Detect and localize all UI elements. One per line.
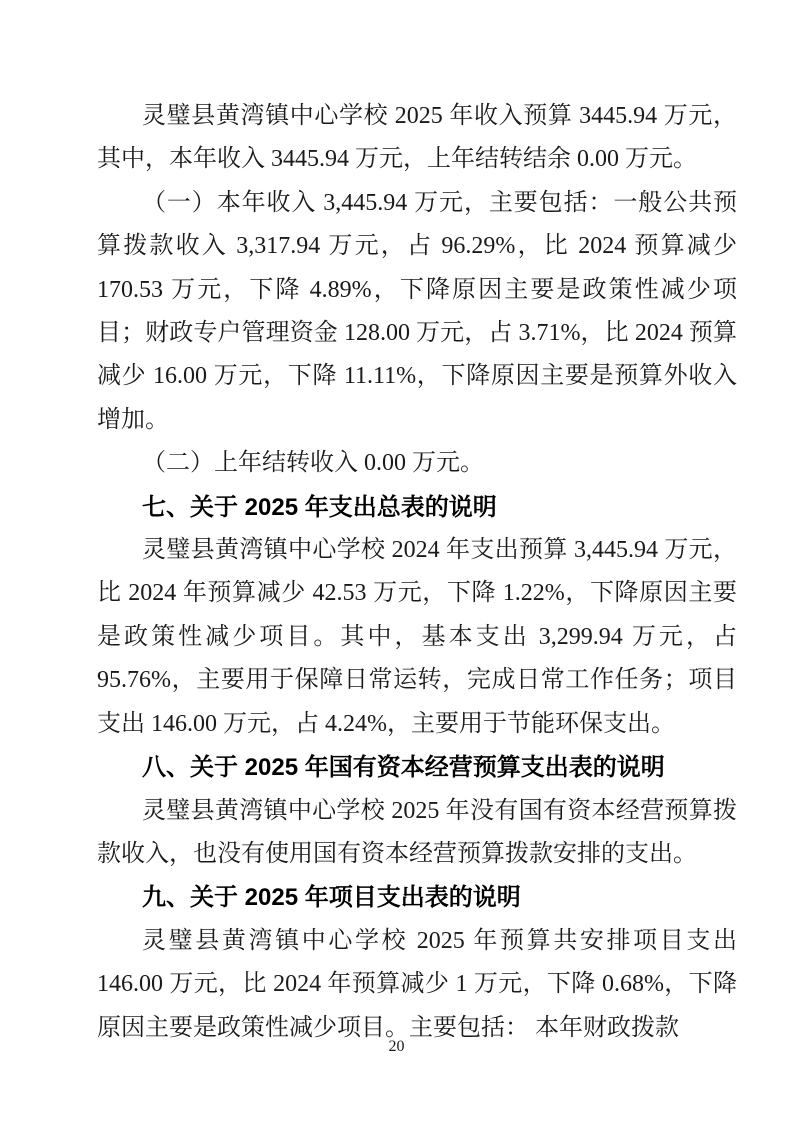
document-body: 灵璧县黄湾镇中心学校 2025 年收入预算 3445.94 万元，其中，本年收入… (97, 95, 737, 1050)
section-heading-expenditure-summary: 七、关于 2025 年支出总表的说明 (97, 486, 737, 529)
document-page: 灵璧县黄湾镇中心学校 2025 年收入预算 3445.94 万元，其中，本年收入… (0, 0, 793, 1122)
paragraph-current-year-income-detail: （一）本年收入 3,445.94 万元，主要包括：一般公共预算拨款收入 3,31… (97, 182, 737, 442)
section-heading-state-capital-budget: 八、关于 2025 年国有资本经营预算支出表的说明 (97, 746, 737, 789)
paragraph-project-expenditure-detail: 灵璧县黄湾镇中心学校 2025 年预算共安排项目支出 146.00 万元，比 2… (97, 920, 737, 1050)
paragraph-carryover-income: （二）上年结转收入 0.00 万元。 (97, 442, 737, 485)
paragraph-income-overview: 灵璧县黄湾镇中心学校 2025 年收入预算 3445.94 万元，其中，本年收入… (97, 95, 737, 182)
paragraph-state-capital-detail: 灵璧县黄湾镇中心学校 2025 年没有国有资本经营预算拨款收入，也没有使用国有资… (97, 790, 737, 877)
section-heading-project-expenditure: 九、关于 2025 年项目支出表的说明 (97, 876, 737, 919)
paragraph-expenditure-detail: 灵璧县黄湾镇中心学校 2024 年支出预算 3,445.94 万元，比 2024… (97, 529, 737, 746)
page-number: 20 (0, 1036, 793, 1058)
